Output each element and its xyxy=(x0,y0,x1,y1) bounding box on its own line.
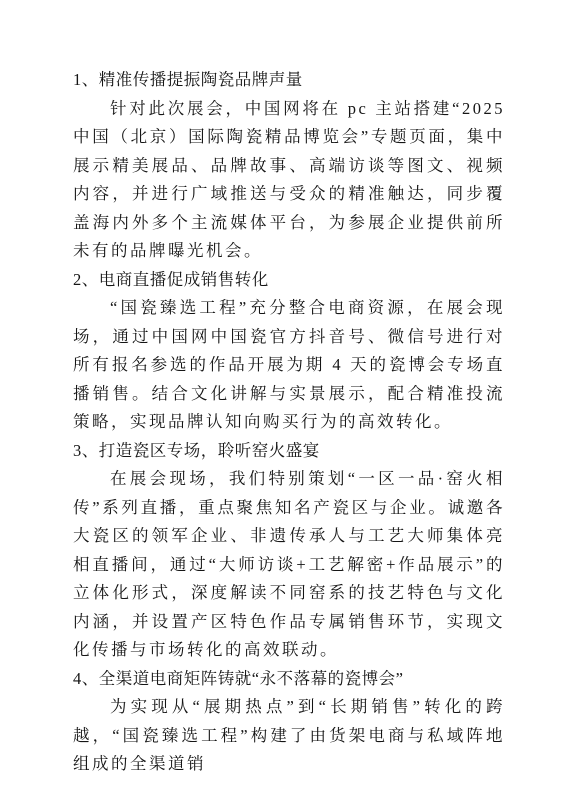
section-1-body: 针对此次展会，中国网将在 pc 主站搭建“2025 中国（北京）国际陶瓷精品博览… xyxy=(73,95,505,266)
section-4: 4、全渠道电商矩阵铸就“永不落幕的瓷博会” 为实现从“展期热点”到“长期销售”转… xyxy=(73,665,505,779)
section-1-heading: 1、精准传播提振陶瓷品牌声量 xyxy=(73,66,505,95)
section-4-heading: 4、全渠道电商矩阵铸就“永不落幕的瓷博会” xyxy=(73,665,505,694)
section-3: 3、打造瓷区专场，聆听窑火盛宴 在展会现场，我们特别策划“一区一品·窑火相传”系… xyxy=(73,437,505,665)
section-3-body: 在展会现场，我们特别策划“一区一品·窑火相传”系列直播，重点聚焦知名产瓷区与企业… xyxy=(73,465,505,665)
section-3-heading: 3、打造瓷区专场，聆听窑火盛宴 xyxy=(73,437,505,466)
section-4-body: 为实现从“展期热点”到“长期销售”转化的跨越，“国瓷臻选工程”构建了由货架电商与… xyxy=(73,693,505,779)
document-page: 1、精准传播提振陶瓷品牌声量 针对此次展会，中国网将在 pc 主站搭建“2025… xyxy=(0,0,572,812)
section-2-body: “国瓷臻选工程”充分整合电商资源，在展会现场，通过中国网中国瓷官方抖音号、微信号… xyxy=(73,294,505,437)
section-2-heading: 2、电商直播促成销售转化 xyxy=(73,266,505,295)
section-2: 2、电商直播促成销售转化 “国瓷臻选工程”充分整合电商资源，在展会现场，通过中国… xyxy=(73,266,505,437)
section-1: 1、精准传播提振陶瓷品牌声量 针对此次展会，中国网将在 pc 主站搭建“2025… xyxy=(73,66,505,266)
